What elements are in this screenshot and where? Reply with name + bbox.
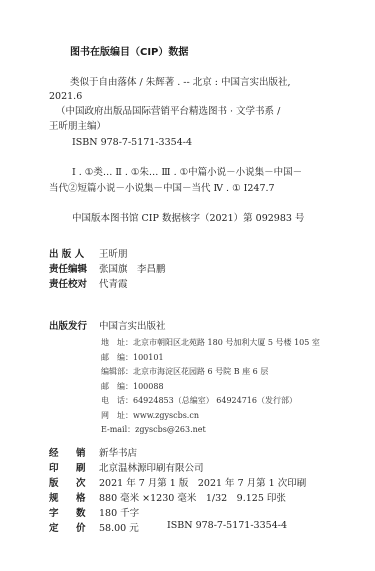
cip-title-line: 类似于自由落体 / 朱辉著 . -- 北京 : 中国言实出版社,: [70, 75, 291, 90]
cip-heading: 图书在版编目（CIP）数据: [70, 43, 188, 58]
staff-value: 王昕朋: [99, 246, 128, 260]
publisher-email: E-mail：zgyscbs@263.net: [101, 424, 206, 435]
staff-value: 代青霞: [99, 276, 128, 290]
cip-classification-line-2: 当代②短篇小说－小说集－中国－当代 Ⅳ . ① I247.7: [49, 181, 275, 196]
publisher-name: 中国言实出版社: [99, 318, 166, 332]
price-isbn: ISBN 978-7-5171-3354-4: [167, 520, 287, 531]
cip-date-line: 2021.6: [49, 89, 82, 104]
publisher-editorial-postcode: 邮 编：100088: [101, 381, 164, 392]
staff-label: 出 版 人: [49, 246, 84, 260]
cip-isbn: ISBN 978-7-5171-3354-4: [72, 135, 192, 150]
staff-label: 责任校对: [49, 276, 87, 290]
cip-series-line: （中国政府出版品国际营销平台精选图书 · 文学书系 /: [56, 104, 280, 119]
publisher-phone: 电 话：64924853（总编室） 64924716（发行部）: [101, 395, 297, 406]
staff-value: 张国旗 李昌鹏: [99, 261, 166, 275]
cip-record-number: 中国版本图书馆 CIP 数据核字（2021）第 092983 号: [72, 211, 304, 226]
staff-label: 责任编辑: [49, 261, 87, 275]
publisher-editorial-office: 编辑部：北京市海淀区花园路 6 号院 B 座 6 层: [101, 366, 268, 377]
cip-classification-line-1: Ⅰ . ①类… Ⅱ . ①朱… Ⅲ . ①中篇小说－小说集－中国－: [72, 165, 302, 180]
cip-editor-line: 王昕朋主编）: [49, 119, 106, 134]
publisher-address: 地 址：北京市朝阳区北苑路 180 号加利大厦 5 号楼 105 室: [101, 337, 320, 348]
publisher-website: 网 址：www.zgyscbs.cn: [101, 410, 199, 421]
publisher-postcode: 邮 编：100101: [101, 352, 164, 363]
publisher-label: 出版发行: [49, 318, 87, 332]
